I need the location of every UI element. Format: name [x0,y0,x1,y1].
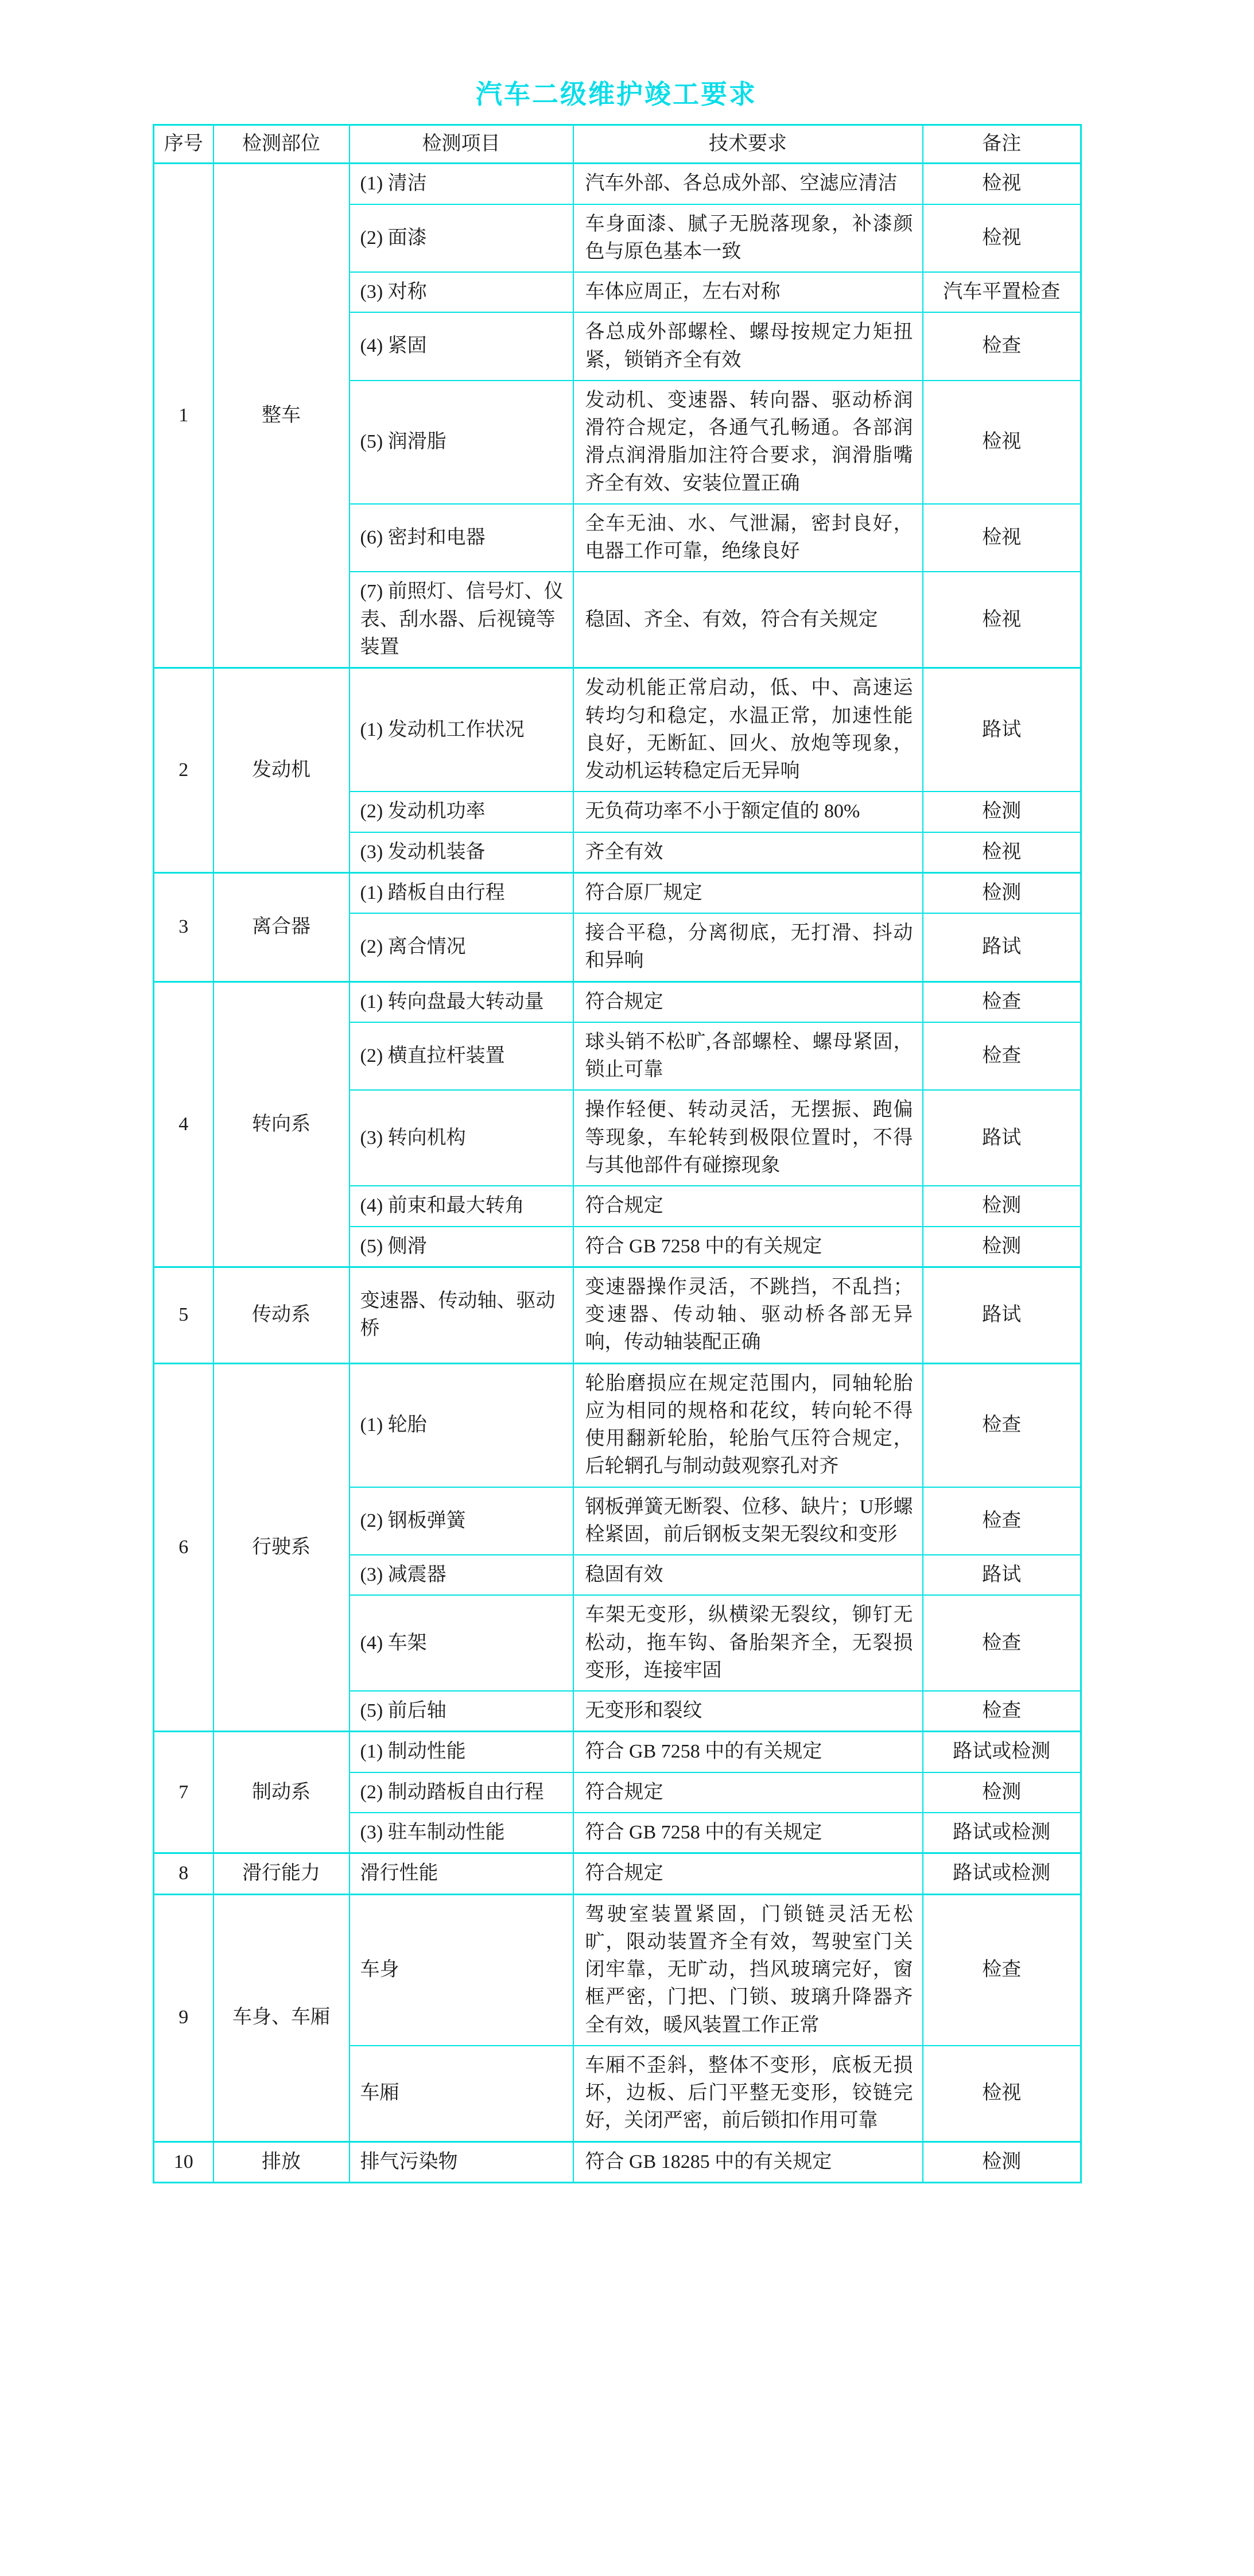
part-cell: 转向系 [213,981,350,1267]
requirement-cell: 接合平稳，分离彻底，无打滑、抖动和异响 [573,913,923,981]
note-cell: 检视 [923,204,1081,273]
part-cell: 离合器 [213,872,350,981]
seq-cell: 5 [154,1267,213,1363]
seq-cell: 9 [154,1894,213,2142]
project-cell: (2) 面漆 [350,204,573,273]
part-cell: 滑行能力 [213,1853,350,1894]
requirement-cell: 符合规定 [573,1186,923,1226]
note-cell: 路试 [923,913,1081,981]
header-project: 检测项目 [350,125,573,164]
project-cell: (2) 离合情况 [350,913,573,981]
project-cell: (5) 前后轴 [350,1691,573,1732]
requirement-cell: 稳固有效 [573,1555,923,1595]
requirement-cell: 车架无变形，纵横梁无裂纹，铆钉无松动，拖车钩、备胎架齐全，无裂损变形，连接牢固 [573,1595,923,1691]
table-row: 2发动机(1) 发动机工作状况发动机能正常启动，低、中、高速运转均匀和稳定，水温… [154,668,1081,792]
requirement-cell: 各总成外部螺栓、螺母按规定力矩扭紧，锁销齐全有效 [573,312,923,381]
note-cell: 检测 [923,792,1081,832]
project-cell: (7) 前照灯、信号灯、仪表、刮水器、后视镜等装置 [350,572,573,668]
requirement-cell: 符合规定 [573,981,923,1022]
note-cell: 检视 [923,381,1081,504]
requirement-cell: 符合 GB 7258 中的有关规定 [573,1732,923,1772]
requirement-cell: 驾驶室装置紧固，门锁链灵活无松旷，限动装置齐全有效，驾驶室门关闭牢靠，无旷动，挡… [573,1894,923,2046]
seq-cell: 8 [154,1853,213,1894]
note-cell: 路试 [923,1090,1081,1186]
part-cell: 整车 [213,164,350,668]
project-cell: (1) 轮胎 [350,1363,573,1487]
note-cell: 路试或检测 [923,1732,1081,1772]
project-cell: (2) 钢板弹簧 [350,1487,573,1555]
note-cell: 检查 [923,1363,1081,1487]
project-cell: (3) 转向机构 [350,1090,573,1186]
project-cell: (1) 制动性能 [350,1732,573,1772]
table-body: 1整车(1) 清洁汽车外部、各总成外部、空滤应清洁检视(2) 面漆车身面漆、腻子… [154,164,1081,2183]
project-cell: (5) 侧滑 [350,1227,573,1267]
project-cell: (6) 密封和电器 [350,504,573,572]
table-row: 4转向系(1) 转向盘最大转动量符合规定检查 [154,981,1081,1022]
part-cell: 行驶系 [213,1363,350,1732]
note-cell: 检测 [923,872,1081,913]
table-row: 1整车(1) 清洁汽车外部、各总成外部、空滤应清洁检视 [154,164,1081,204]
note-cell: 检视 [923,2046,1081,2142]
requirement-cell: 符合 GB 18285 中的有关规定 [573,2142,923,2182]
seq-cell: 7 [154,1732,213,1853]
project-cell: (1) 清洁 [350,164,573,204]
project-cell: 滑行性能 [350,1853,573,1894]
project-cell: (2) 制动踏板自由行程 [350,1772,573,1813]
seq-cell: 6 [154,1363,213,1732]
requirement-cell: 车厢不歪斜，整体不变形，底板无损坏，边板、后门平整无变形，铰链完好，关闭严密，前… [573,2046,923,2142]
note-cell: 检查 [923,1487,1081,1555]
note-cell: 检测 [923,1772,1081,1813]
requirement-cell: 符合 GB 7258 中的有关规定 [573,1813,923,1853]
note-cell: 检视 [923,832,1081,873]
part-cell: 传动系 [213,1267,350,1363]
requirement-cell: 发动机、变速器、转向器、驱动桥润滑符合规定，各通气孔畅通。各部润滑点润滑脂加注符… [573,381,923,504]
requirement-cell: 发动机能正常启动，低、中、高速运转均匀和稳定，水温正常，加速性能良好，无断缸、回… [573,668,923,792]
project-cell: 车身 [350,1894,573,2046]
project-cell: (1) 发动机工作状况 [350,668,573,792]
requirement-cell: 齐全有效 [573,832,923,873]
header-part: 检测部位 [213,125,350,164]
table-row: 7制动系(1) 制动性能符合 GB 7258 中的有关规定路试或检测 [154,1732,1081,1772]
seq-cell: 10 [154,2142,213,2182]
header-requirement: 技术要求 [573,125,923,164]
project-cell: (4) 前束和最大转角 [350,1186,573,1226]
page-title: 汽车二级维护竣工要求 [153,73,1080,111]
table-row: 3离合器(1) 踏板自由行程符合原厂规定检测 [154,872,1081,913]
requirement-cell: 车体应周正，左右对称 [573,272,923,312]
project-cell: (3) 减震器 [350,1555,573,1595]
header-row: 序号 检测部位 检测项目 技术要求 备注 [154,125,1081,164]
project-cell: (3) 对称 [350,272,573,312]
note-cell: 路试 [923,1267,1081,1363]
table-header: 序号 检测部位 检测项目 技术要求 备注 [154,125,1081,164]
note-cell: 检测 [923,1186,1081,1226]
note-cell: 检查 [923,1022,1081,1091]
note-cell: 汽车平置检查 [923,272,1081,312]
project-cell: (1) 踏板自由行程 [350,872,573,913]
seq-cell: 4 [154,981,213,1267]
project-cell: (2) 横直拉杆装置 [350,1022,573,1091]
note-cell: 检查 [923,981,1081,1022]
project-cell: (1) 转向盘最大转动量 [350,981,573,1022]
table-row: 6行驶系(1) 轮胎轮胎磨损应在规定范围内，同轴轮胎应为相同的规格和花纹，转向轮… [154,1363,1081,1487]
table-row: 5传动系变速器、传动轴、驱动桥变速器操作灵活，不跳挡，不乱挡；变速器、传动轴、驱… [154,1267,1081,1363]
note-cell: 检测 [923,2142,1081,2182]
project-cell: (3) 发动机装备 [350,832,573,873]
maintenance-requirements-table: 序号 检测部位 检测项目 技术要求 备注 1整车(1) 清洁汽车外部、各总成外部… [153,124,1082,2183]
part-cell: 排放 [213,2142,350,2182]
project-cell: (3) 驻车制动性能 [350,1813,573,1853]
table-row: 8滑行能力滑行性能符合规定路试或检测 [154,1853,1081,1894]
project-cell: 车厢 [350,2046,573,2142]
table-row: 9车身、车厢车身驾驶室装置紧固，门锁链灵活无松旷，限动装置齐全有效，驾驶室门关闭… [154,1894,1081,2046]
document-page: 汽车二级维护竣工要求 序号 检测部位 检测项目 技术要求 备注 1整车(1) 清… [0,0,1254,2576]
project-cell: (2) 发动机功率 [350,792,573,832]
note-cell: 检查 [923,1691,1081,1732]
seq-cell: 3 [154,872,213,981]
note-cell: 检视 [923,504,1081,572]
part-cell: 车身、车厢 [213,1894,350,2142]
requirement-cell: 轮胎磨损应在规定范围内，同轴轮胎应为相同的规格和花纹，转向轮不得使用翻新轮胎，轮… [573,1363,923,1487]
project-cell: (4) 车架 [350,1595,573,1691]
requirement-cell: 无变形和裂纹 [573,1691,923,1732]
note-cell: 路试或检测 [923,1813,1081,1853]
project-cell: 变速器、传动轴、驱动桥 [350,1267,573,1363]
header-seq: 序号 [154,125,213,164]
requirement-cell: 钢板弹簧无断裂、位移、缺片；U形螺栓紧固，前后钢板支架无裂纹和变形 [573,1487,923,1555]
note-cell: 检查 [923,1595,1081,1691]
note-cell: 检测 [923,1227,1081,1267]
requirement-cell: 变速器操作灵活，不跳挡，不乱挡；变速器、传动轴、驱动桥各部无异响，传动轴装配正确 [573,1267,923,1363]
seq-cell: 1 [154,164,213,668]
requirement-cell: 稳固、齐全、有效，符合有关规定 [573,572,923,668]
requirement-cell: 无负荷功率不小于额定值的 80% [573,792,923,832]
seq-cell: 2 [154,668,213,873]
requirement-cell: 车身面漆、腻子无脱落现象，补漆颜色与原色基本一致 [573,204,923,273]
project-cell: (4) 紧固 [350,312,573,381]
header-note: 备注 [923,125,1081,164]
note-cell: 路试 [923,1555,1081,1595]
requirement-cell: 符合 GB 7258 中的有关规定 [573,1227,923,1267]
note-cell: 检查 [923,312,1081,381]
requirement-cell: 符合规定 [573,1772,923,1813]
project-cell: (5) 润滑脂 [350,381,573,504]
requirement-cell: 符合规定 [573,1853,923,1894]
requirement-cell: 操作轻便、转动灵活，无摆振、跑偏等现象，车轮转到极限位置时，不得与其他部件有碰擦… [573,1090,923,1186]
note-cell: 检查 [923,1894,1081,2046]
note-cell: 检视 [923,164,1081,204]
project-cell: 排气污染物 [350,2142,573,2182]
table-row: 10排放排气污染物符合 GB 18285 中的有关规定检测 [154,2142,1081,2182]
requirement-cell: 球头销不松旷,各部螺栓、螺母紧固，锁止可靠 [573,1022,923,1091]
requirement-cell: 全车无油、水、气泄漏，密封良好，电器工作可靠，绝缘良好 [573,504,923,572]
part-cell: 制动系 [213,1732,350,1853]
note-cell: 检视 [923,572,1081,668]
requirement-cell: 汽车外部、各总成外部、空滤应清洁 [573,164,923,204]
note-cell: 路试 [923,668,1081,792]
requirement-cell: 符合原厂规定 [573,872,923,913]
part-cell: 发动机 [213,668,350,873]
note-cell: 路试或检测 [923,1853,1081,1894]
